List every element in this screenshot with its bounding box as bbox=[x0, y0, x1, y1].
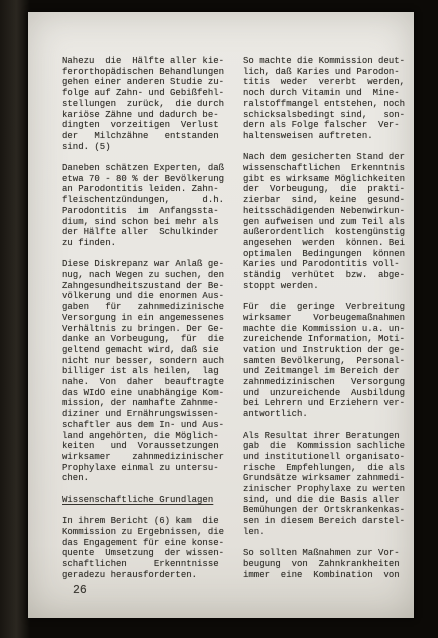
paragraph: In ihrem Bericht (6) kam die Kommission … bbox=[62, 516, 232, 580]
paragraph: Für die geringe Verbreitung wirksamer Vo… bbox=[243, 302, 413, 420]
paragraph: Daneben schätzen Experten, daß etwa 70 -… bbox=[62, 163, 232, 249]
paragraph: So machte die Kommission deut- lich, daß… bbox=[243, 56, 413, 142]
page-number: 26 bbox=[73, 584, 87, 597]
section-heading: Wissenschaftliche Grundlagen bbox=[62, 495, 232, 506]
paragraph: Nach dem gesicherten Stand der wissensch… bbox=[243, 152, 413, 291]
book-gutter-shadow bbox=[0, 0, 30, 638]
scanned-book-page: Nahezu die Hälfte aller kie- ferorthopäd… bbox=[28, 12, 414, 618]
paragraph: So sollten Maßnahmen zur Vor- beugung vo… bbox=[243, 548, 413, 580]
paragraph: Diese Diskrepanz war Anlaß ge- nug, nach… bbox=[62, 259, 232, 484]
left-text-column: Nahezu die Hälfte aller kie- ferorthopäd… bbox=[62, 56, 232, 591]
right-text-column: So machte die Kommission deut- lich, daß… bbox=[243, 56, 413, 591]
paragraph: Als Resultat ihrer Beratungen gab die Ko… bbox=[243, 431, 413, 538]
paragraph: Nahezu die Hälfte aller kie- ferorthopäd… bbox=[62, 56, 232, 152]
